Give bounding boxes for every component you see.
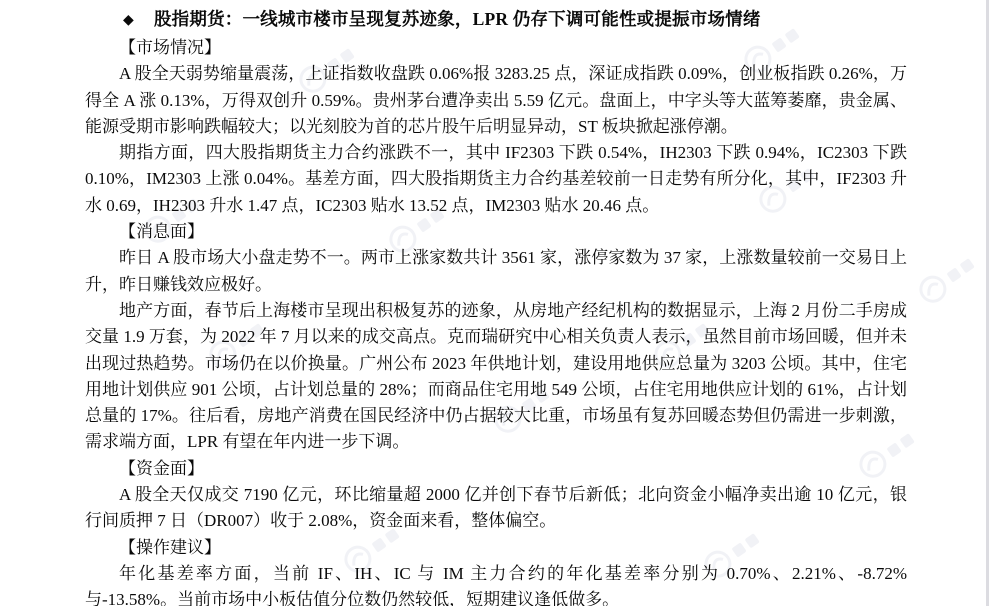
brand-logo-watermark bbox=[912, 250, 980, 310]
report-title: 股指期货：一线城市楼市呈现复苏迹象，LPR 仍存下调可能性或提振市场情绪 bbox=[154, 6, 761, 33]
paragraph-liquidity: A 股全天仅成交 7190 亿元，环比缩量超 2000 亿并创下春节后新低；北向… bbox=[85, 482, 907, 535]
section-trading-advice: 【操作建议】 年化基差率方面，当前 IF、IH、IC 与 IM 主力合约的年化基… bbox=[85, 535, 907, 606]
diamond-bullet-icon: ◆ bbox=[123, 7, 134, 34]
paragraph-market-breadth: 昨日 A 股市场大小盘走势不一。两市上涨家数共计 3561 家，涨停家数为 37… bbox=[85, 245, 907, 298]
section-news: 【消息面】 昨日 A 股市场大小盘走势不一。两市上涨家数共计 3561 家，涨停… bbox=[85, 219, 907, 456]
section-header-funds: 【资金面】 bbox=[85, 456, 907, 482]
section-market-situation: 【市场情况】 A 股全天弱势缩量震荡，上证指数收盘跌 0.06%报 3283.2… bbox=[85, 35, 907, 219]
paragraph-index-futures: 期指方面，四大股指期货主力合约涨跌不一，其中 IF2303 下跌 0.54%，I… bbox=[85, 140, 907, 219]
report-page: ◆ 股指期货：一线城市楼市呈现复苏迹象，LPR 仍存下调可能性或提振市场情绪 【… bbox=[85, 6, 907, 606]
section-funds: 【资金面】 A 股全天仅成交 7190 亿元，环比缩量超 2000 亿并创下春节… bbox=[85, 456, 907, 535]
paragraph-market-overview: A 股全天弱势缩量震荡，上证指数收盘跌 0.06%报 3283.25 点，深证成… bbox=[85, 61, 907, 140]
watermark-text-mark bbox=[946, 267, 961, 282]
section-header-market-situation: 【市场情况】 bbox=[85, 35, 907, 61]
page-edge-line bbox=[986, 0, 989, 606]
section-header-news: 【消息面】 bbox=[85, 219, 907, 245]
report-title-row: ◆ 股指期货：一线城市楼市呈现复苏迹象，LPR 仍存下调可能性或提振市场情绪 bbox=[85, 6, 907, 35]
watermark-text-mark bbox=[959, 258, 974, 273]
paragraph-property-market: 地产方面，春节后上海楼市呈现出积极复苏的迹象，从房地产经纪机构的数据显示，上海 … bbox=[85, 298, 907, 456]
paragraph-basis-advice: 年化基差率方面，当前 IF、IH、IC 与 IM 主力合约的年化基差率分别为 0… bbox=[85, 561, 907, 606]
section-header-trading-advice: 【操作建议】 bbox=[85, 535, 907, 561]
